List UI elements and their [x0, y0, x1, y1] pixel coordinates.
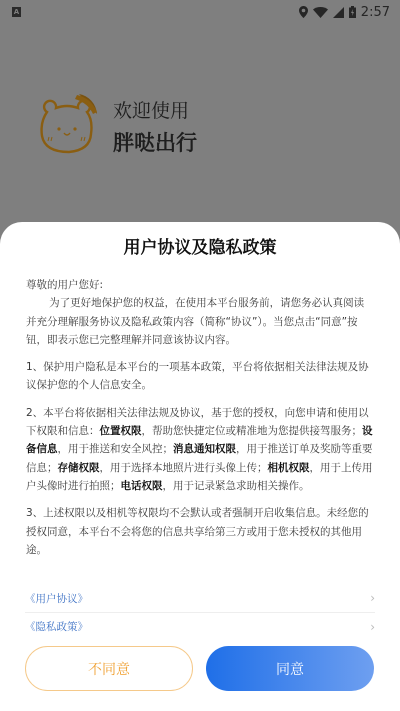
disagree-button[interactable]: 不同意 [25, 646, 193, 691]
battery-charging-icon [349, 6, 356, 18]
welcome-line1: 欢迎使用 [113, 97, 197, 125]
notification-icon: A [12, 7, 21, 17]
welcome-section: 欢迎使用 胖哒出行 [35, 92, 197, 164]
privacy-policy-link[interactable]: 《隐私政策》 › [25, 612, 375, 640]
paragraph-2: 2、本平台将依据相关法律法规及协议，基于您的授权，向您申请和使用以下权限和信息：… [26, 404, 374, 495]
privacy-dialog: 用户协议及隐私政策 尊敬的用户您好: 为了更好地保护您的权益，在使用本平台服务前… [0, 222, 400, 711]
greeting: 尊敬的用户您好: [26, 276, 374, 294]
paragraph-3: 3、上述权限以及相机等权限均不会默认或者强制开启收集信息。未经您的授权同意，本平… [26, 504, 374, 559]
signal-icon [333, 7, 344, 18]
user-agreement-link[interactable]: 《用户协议》 › [25, 584, 375, 612]
agree-button[interactable]: 同意 [206, 646, 374, 691]
app-name: 胖哒出行 [113, 127, 197, 159]
bear-logo [35, 92, 95, 164]
paragraph-1: 1、保护用户隐私是本平台的一项基本政策，平台将依据相关法律法规及协议保护您的个人… [26, 358, 374, 395]
link-label: 《隐私政策》 [25, 619, 88, 634]
clock: 2:57 [361, 5, 390, 20]
location-icon [299, 6, 308, 18]
wifi-icon [313, 7, 328, 18]
dialog-buttons: 不同意 同意 [25, 646, 374, 691]
chevron-right-icon: › [370, 591, 375, 605]
intro-paragraph: 为了更好地保护您的权益，在使用本平台服务前，请您务必认真阅读并充分理解服务协议及… [26, 294, 374, 349]
agreement-links: 《用户协议》 › 《隐私政策》 › [25, 584, 375, 640]
dialog-content: 尊敬的用户您好: 为了更好地保护您的权益，在使用本平台服务前，请您务必认真阅读并… [0, 276, 400, 559]
status-bar: A 2:57 [0, 0, 400, 24]
chevron-right-icon: › [370, 620, 375, 634]
link-label: 《用户协议》 [25, 591, 88, 606]
dialog-title: 用户协议及隐私政策 [0, 236, 400, 260]
